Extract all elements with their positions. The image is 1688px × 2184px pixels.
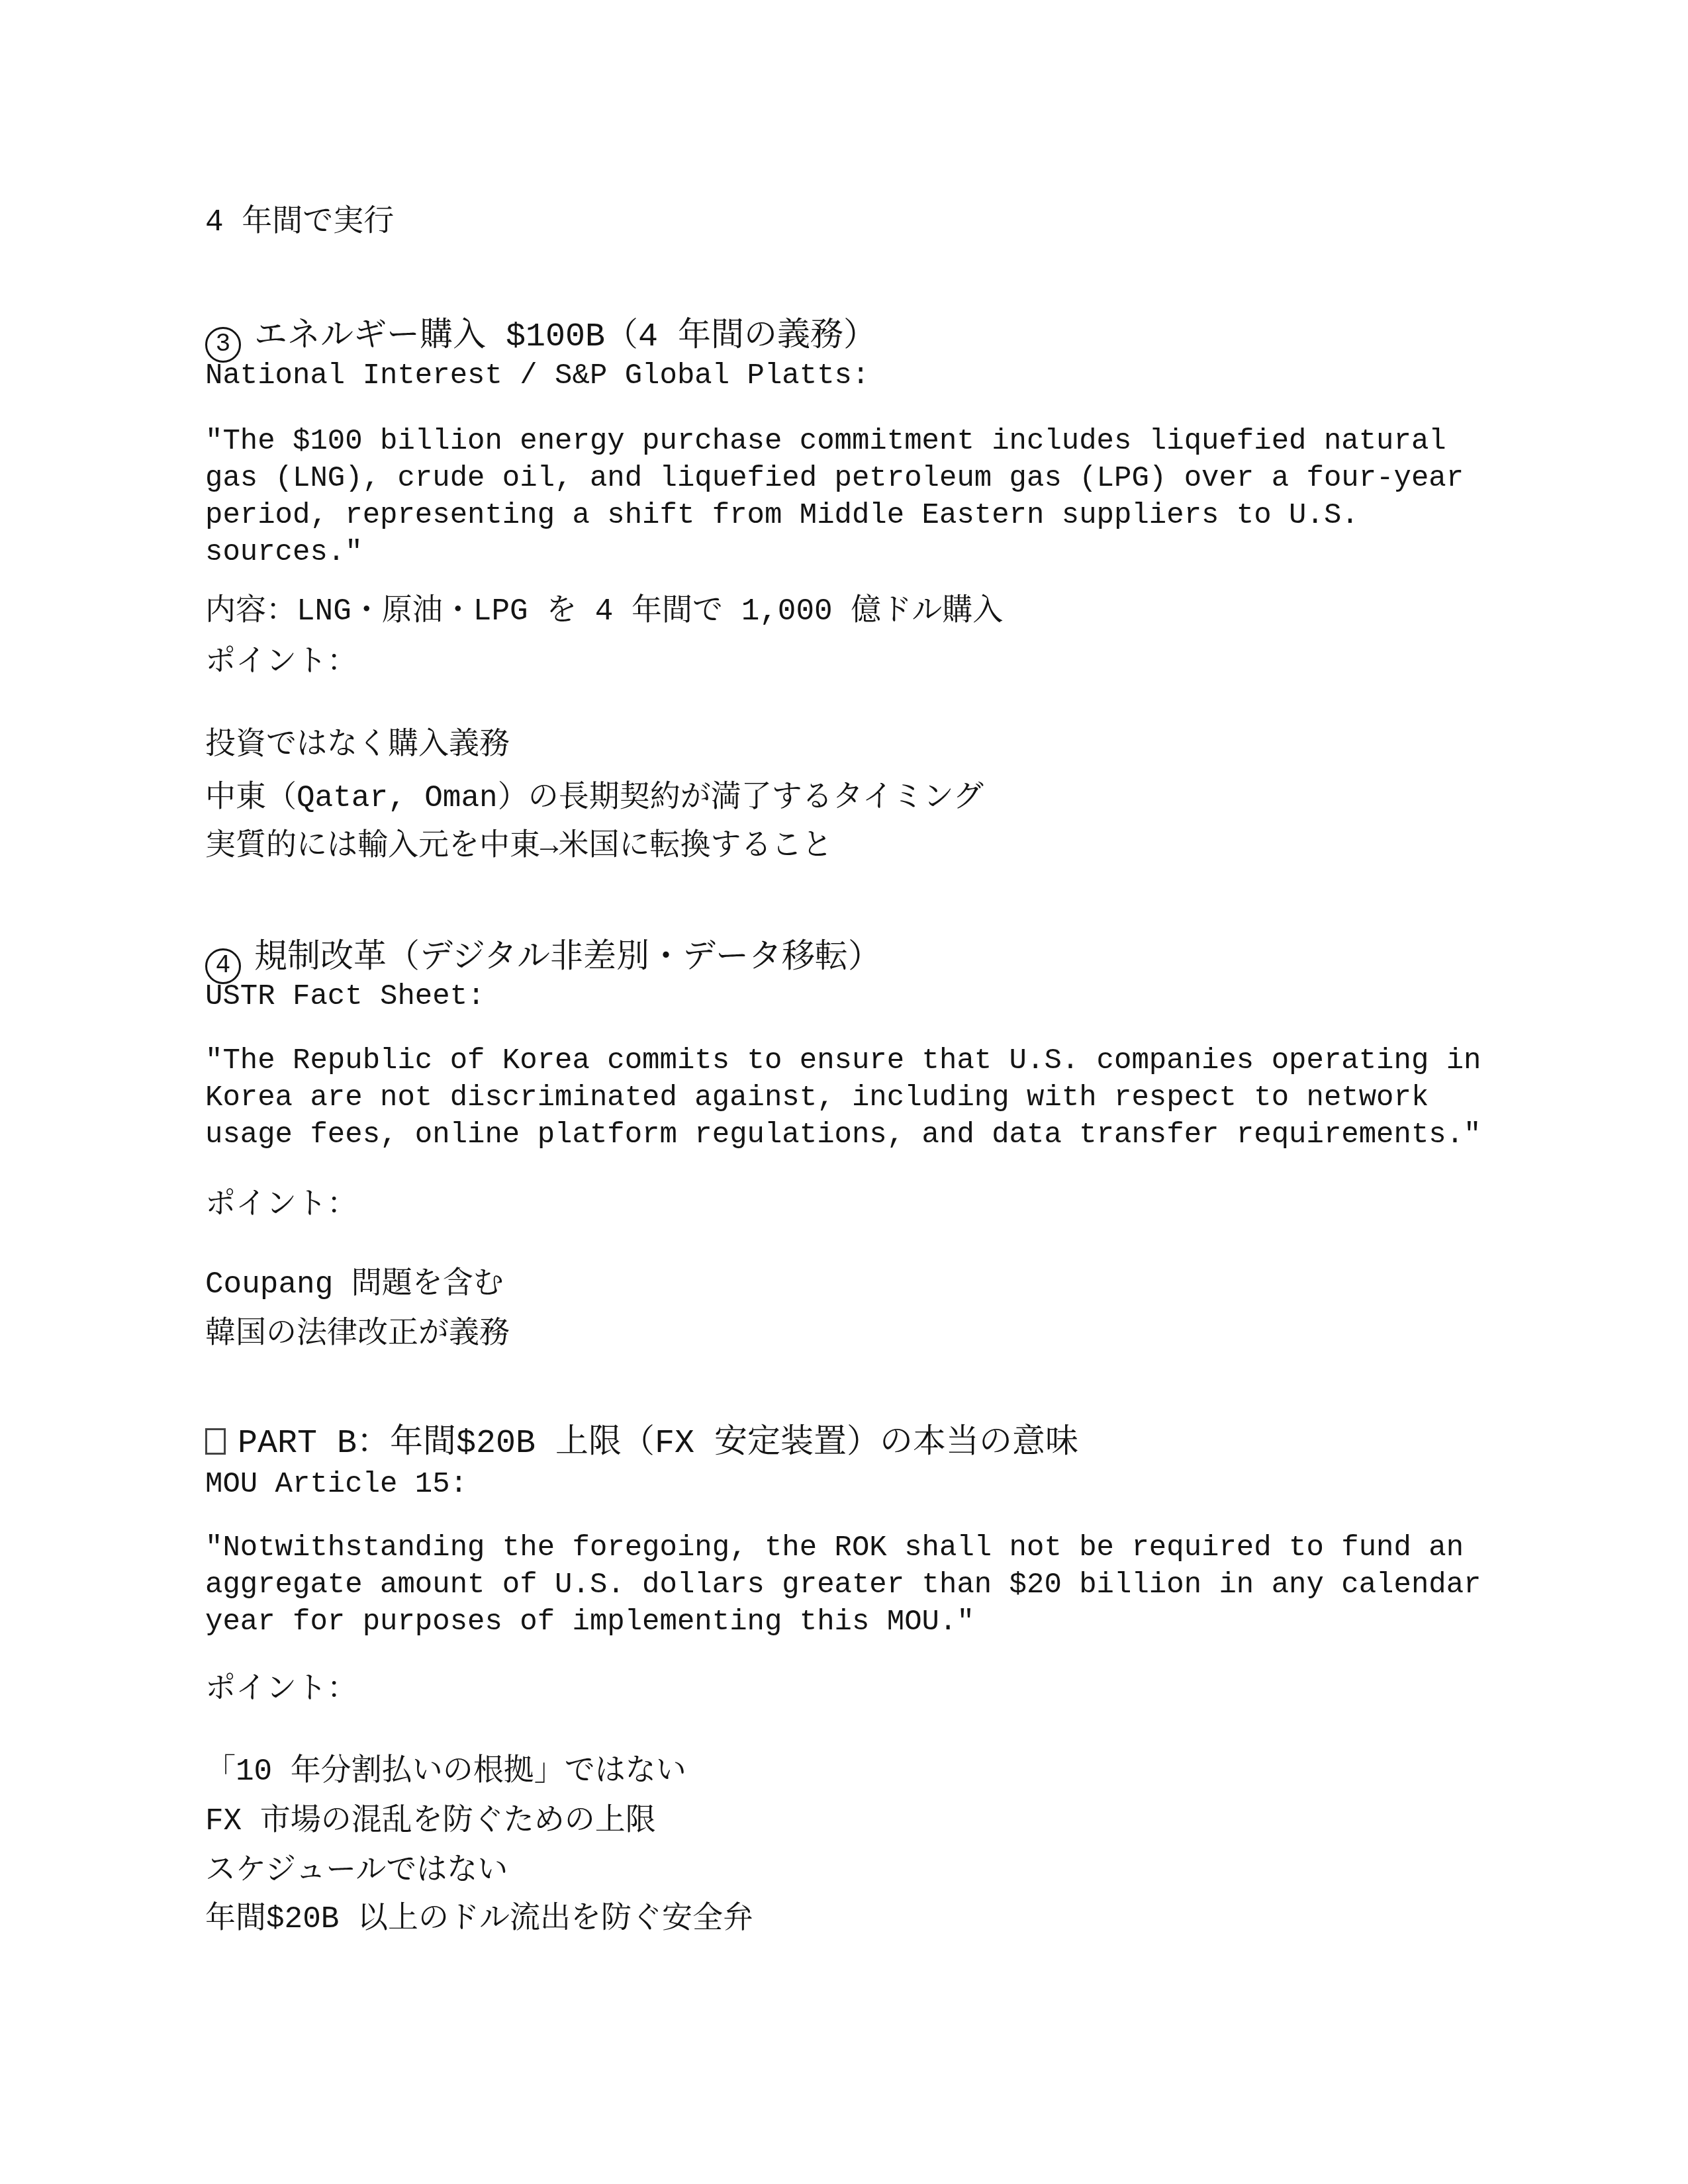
part-b-point-3: スケジュールではない (205, 1851, 508, 1891)
section3-point-3: 実質的には輸入元を中東→米国に転換すること (205, 827, 833, 866)
part-b-source-line: MOU Article 15: (205, 1466, 467, 1503)
section3-title: エネルギー購入 $100B（4 年間の義務） (254, 318, 876, 356)
section3-content-line: 内容：LNG・原油・LPG を 4 年間で 1,000 億ドル購入 (205, 592, 1003, 631)
part-b-point-1: 「10 年分割払いの根拠」ではない (205, 1752, 686, 1792)
section3-point-2: 中東（Qatar, Oman）の長期契約が満了するタイミング (205, 778, 984, 818)
part-b-quote: "Notwithstanding the foregoing, the ROK … (205, 1529, 1481, 1641)
section3-heading: 3エネルギー購入 $100B（4 年間の義務） (205, 318, 876, 363)
missing-glyph-box-icon (205, 1428, 226, 1455)
section4-point-2: 韓国の法律改正が義務 (205, 1314, 510, 1354)
section4-source-line: USTR Fact Sheet: (205, 978, 485, 1015)
part-b-title: PART B：年間$20B 上限（FX 安定装置）の本当の意味 (238, 1425, 1078, 1463)
part-b-point-4: 年間$20B 以上のドル流出を防ぐ安全弁 (205, 1899, 753, 1939)
section4-quote: "The Republic of Korea commits to ensure… (205, 1042, 1481, 1154)
part-b-heading: PART B：年間$20B 上限（FX 安定装置）の本当の意味 (205, 1424, 1078, 1464)
section4-heading: 4規制改革（デジタル非差別・データ移転） (205, 939, 881, 984)
section3-points-label: ポイント： (205, 643, 357, 682)
section3-point-1: 投資ではなく購入義務 (205, 725, 510, 765)
intro-line: 4 年間で実行 (205, 203, 394, 242)
section4-title: 規制改革（デジタル非差別・データ移転） (254, 940, 881, 978)
section4-point-1: Coupang 問題を含む (205, 1265, 504, 1304)
document-page: 4 年間で実行 3エネルギー購入 $100B（4 年間の義務） National… (0, 0, 1688, 2184)
section3-source-line: National Interest / S&P Global Platts: (205, 357, 869, 394)
part-b-points-label: ポイント： (205, 1670, 357, 1709)
part-b-point-2: FX 市場の混乱を防ぐための上限 (205, 1801, 656, 1841)
section4-points-label: ポイント： (205, 1185, 357, 1225)
section3-quote: "The $100 billion energy purchase commit… (205, 423, 1464, 571)
